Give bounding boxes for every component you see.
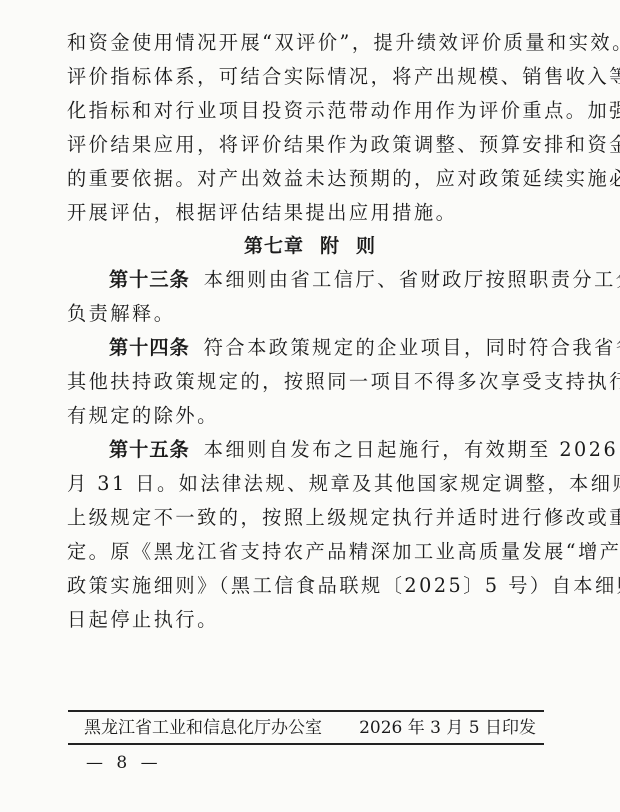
article-13-first-line: 第十三条本细则由省工信厅、省财政厅按照职责分工分别 [109, 263, 589, 297]
article-15-first-line: 第十五条本细则自发布之日起施行，有效期至 2026 年 12 [109, 433, 589, 467]
body-line: 有规定的除外。 [67, 399, 547, 433]
body-line: 月 31 日。如法律法规、规章及其他国家规定调整，本细则规定与 [67, 467, 547, 501]
body-line: 其他扶持政策规定的，按照同一项目不得多次享受支持执行，另 [67, 365, 547, 399]
article-text: 符合本政策规定的企业项目，同时符合我省省级 [204, 336, 620, 359]
body-line: 定。原《黑龙江省支持农产品精深加工业高质量发展“增产扩能” [67, 535, 547, 569]
body-line: 负责解释。 [67, 297, 547, 331]
body-line: 评价结果应用，将评价结果作为政策调整、预算安排和资金分配 [67, 128, 547, 162]
body-line: 上级规定不一致的，按照上级规定执行并适时进行修改或重新制 [67, 501, 547, 535]
chapter-title-word: 附 [320, 235, 340, 257]
chapter-heading: 第七章附则 [0, 229, 620, 263]
body-line: 评价指标体系，可结合实际情况，将产出规模、销售收入等个性 [67, 60, 547, 94]
article-label: 第十三条 [109, 268, 190, 291]
article-14-first-line: 第十四条符合本政策规定的企业项目，同时符合我省省级 [109, 331, 589, 365]
article-text: 本细则自发布之日起施行，有效期至 2026 年 12 [204, 438, 620, 461]
body-line: 日起停止执行。 [67, 603, 547, 637]
issuer-name: 黑龙江省工业和信息化厅办公室 [84, 713, 322, 743]
body-line: 开展评估，根据评估结果提出应用措施。 [67, 196, 547, 230]
document-page: 和资金使用情况开展“双评价”，提升绩效评价质量和实效。健全 评价指标体系，可结合… [0, 0, 620, 812]
body-line: 政策实施细则》（黑工信食品联规〔2025〕5 号）自本细则发布之 [67, 569, 547, 603]
issue-date: 2026 年 3 月 5 日印发 [359, 713, 536, 743]
body-line: 和资金使用情况开展“双评价”，提升绩效评价质量和实效。健全 [67, 26, 547, 60]
footer-bottom-rule [68, 743, 544, 745]
page-number: — 8 — [86, 750, 162, 776]
chapter-number: 第七章 [244, 235, 304, 257]
footer-top-rule [68, 710, 544, 712]
issuance-line: 黑龙江省工业和信息化厅办公室 2026 年 3 月 5 日印发 [84, 713, 536, 743]
article-label: 第十五条 [109, 438, 190, 461]
body-line: 的重要依据。对产出效益未达预期的，应对政策延续实施必要性 [67, 162, 547, 196]
body-line: 化指标和对行业项目投资示范带动作用作为评价重点。加强绩效 [67, 94, 547, 128]
article-text: 本细则由省工信厅、省财政厅按照职责分工分别 [204, 268, 620, 291]
chapter-title-word: 则 [356, 235, 376, 257]
article-label: 第十四条 [109, 336, 190, 359]
